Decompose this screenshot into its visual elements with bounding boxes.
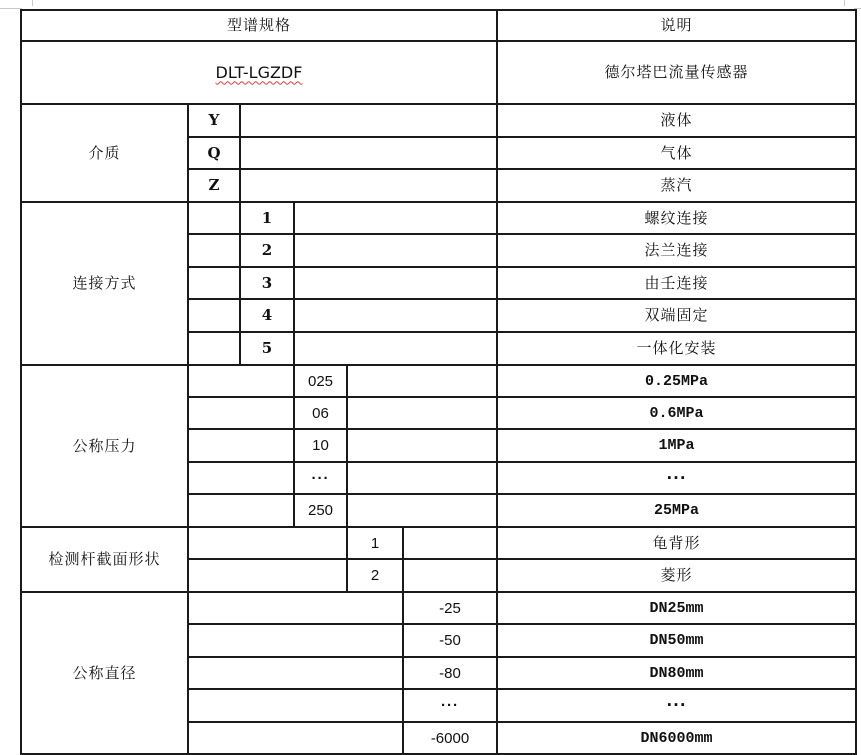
empty-cell xyxy=(294,202,497,234)
diameter-code: ··· xyxy=(403,689,497,722)
connection-desc: 螺纹连接 xyxy=(497,202,856,234)
empty-cell xyxy=(188,267,240,299)
empty-cell xyxy=(188,624,403,657)
empty-cell xyxy=(188,527,347,559)
page-corner-mark xyxy=(844,0,845,6)
connection-desc: 一体化安装 xyxy=(497,332,856,365)
table-row: 公称直径 -25 DN25mm xyxy=(21,592,856,624)
diameter-desc: ··· xyxy=(497,689,856,722)
diameter-desc: DN50mm xyxy=(497,624,856,657)
spec-header: 型谱规格 xyxy=(21,10,497,41)
empty-cell xyxy=(403,527,497,559)
header-row: 型谱规格 说明 xyxy=(21,10,856,41)
medium-desc: 液体 xyxy=(497,104,856,137)
empty-cell xyxy=(188,397,294,429)
connection-code: 4 xyxy=(240,299,294,332)
pressure-desc: ··· xyxy=(497,462,856,494)
medium-code: Y xyxy=(188,104,240,137)
page-corner-mark xyxy=(32,0,33,6)
medium-code: Z xyxy=(188,169,240,202)
empty-cell xyxy=(188,494,294,527)
diameter-code: -6000 xyxy=(403,722,497,754)
pressure-code: 250 xyxy=(294,494,347,527)
empty-cell xyxy=(294,234,497,267)
connection-code: 3 xyxy=(240,267,294,299)
empty-cell xyxy=(188,462,294,494)
diameter-code: -80 xyxy=(403,657,497,689)
section-shape-desc: 龟背形 xyxy=(497,527,856,559)
section-shape-code: 1 xyxy=(347,527,403,559)
connection-desc: 法兰连接 xyxy=(497,234,856,267)
page-corner-mark xyxy=(0,8,22,9)
empty-cell xyxy=(294,299,497,332)
empty-cell xyxy=(188,592,403,624)
diameter-code: -50 xyxy=(403,624,497,657)
section-shape-label: 检测杆截面形状 xyxy=(21,527,188,592)
description-header: 说明 xyxy=(497,10,856,41)
diameter-desc: DN25mm xyxy=(497,592,856,624)
empty-cell xyxy=(188,299,240,332)
empty-cell xyxy=(347,365,497,397)
diameter-desc: DN80mm xyxy=(497,657,856,689)
pressure-code: ··· xyxy=(294,462,347,494)
model-row: DLT-LGZDF 德尔塔巴流量传感器 xyxy=(21,41,856,104)
empty-cell xyxy=(188,365,294,397)
medium-desc: 蒸汽 xyxy=(497,169,856,202)
pressure-desc: 0.25MPa xyxy=(497,365,856,397)
connection-desc: 双端固定 xyxy=(497,299,856,332)
empty-cell xyxy=(188,429,294,462)
model-spec-table: 型谱规格 说明 DLT-LGZDF 德尔塔巴流量传感器 介质 Y 液体 Q 气体… xyxy=(20,9,857,755)
medium-desc: 气体 xyxy=(497,137,856,169)
section-shape-code: 2 xyxy=(347,559,403,592)
pressure-desc: 25MPa xyxy=(497,494,856,527)
empty-cell xyxy=(347,494,497,527)
model-code: DLT-LGZDF xyxy=(216,63,303,82)
table-row: 连接方式 1 螺纹连接 xyxy=(21,202,856,234)
pressure-code: 10 xyxy=(294,429,347,462)
medium-code: Q xyxy=(188,137,240,169)
connection-label: 连接方式 xyxy=(21,202,188,365)
table-row: 介质 Y 液体 xyxy=(21,104,856,137)
pressure-label: 公称压力 xyxy=(21,365,188,527)
empty-cell xyxy=(188,657,403,689)
empty-cell xyxy=(188,234,240,267)
connection-code: 1 xyxy=(240,202,294,234)
connection-code: 2 xyxy=(240,234,294,267)
empty-cell xyxy=(240,169,497,202)
medium-label: 介质 xyxy=(21,104,188,202)
empty-cell xyxy=(188,202,240,234)
empty-cell xyxy=(294,332,497,365)
empty-cell xyxy=(347,462,497,494)
diameter-desc: DN6000mm xyxy=(497,722,856,754)
diameter-code: -25 xyxy=(403,592,497,624)
table-row: 公称压力 025 0.25MPa xyxy=(21,365,856,397)
empty-cell xyxy=(294,267,497,299)
empty-cell xyxy=(347,429,497,462)
empty-cell xyxy=(240,137,497,169)
pressure-code: 06 xyxy=(294,397,347,429)
model-description: 德尔塔巴流量传感器 xyxy=(497,41,856,104)
empty-cell xyxy=(188,689,403,722)
empty-cell xyxy=(240,104,497,137)
empty-cell xyxy=(188,332,240,365)
model-code-cell: DLT-LGZDF xyxy=(21,41,497,104)
diameter-label: 公称直径 xyxy=(21,592,188,754)
pressure-desc: 1MPa xyxy=(497,429,856,462)
pressure-desc: 0.6MPa xyxy=(497,397,856,429)
empty-cell xyxy=(403,559,497,592)
connection-desc: 由壬连接 xyxy=(497,267,856,299)
section-shape-desc: 菱形 xyxy=(497,559,856,592)
table-row: 检测杆截面形状 1 龟背形 xyxy=(21,527,856,559)
empty-cell xyxy=(188,722,403,754)
empty-cell xyxy=(347,397,497,429)
connection-code: 5 xyxy=(240,332,294,365)
pressure-code: 025 xyxy=(294,365,347,397)
empty-cell xyxy=(188,559,347,592)
